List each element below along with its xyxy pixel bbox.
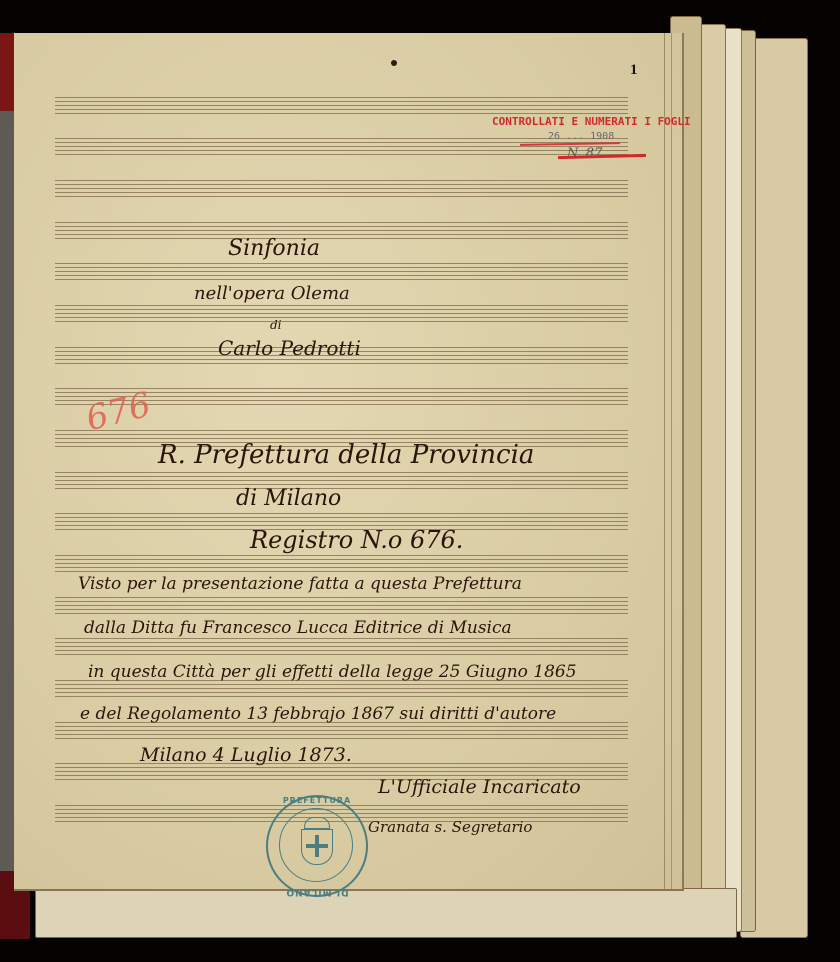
staff bbox=[55, 263, 628, 280]
page-number: 1 bbox=[630, 62, 638, 79]
staff bbox=[55, 138, 628, 155]
registration-body-line: Visto per la presentazione fatta a quest… bbox=[78, 574, 522, 594]
seal-bottom-text: DI MILANO bbox=[268, 887, 366, 897]
savoy-cross-shield-icon bbox=[301, 829, 333, 865]
archive-stamp-date: 26 ... 1908 bbox=[548, 131, 614, 142]
signature-title: L'Ufficiale Incaricato bbox=[378, 776, 581, 798]
signature: Granata s. Segretario bbox=[368, 818, 532, 836]
staff bbox=[55, 472, 628, 489]
crown-icon bbox=[304, 817, 330, 829]
staff bbox=[55, 555, 628, 572]
staff bbox=[55, 97, 628, 114]
staff bbox=[55, 305, 628, 322]
title-di: di bbox=[270, 318, 282, 332]
registration-date: Milano 4 Luglio 1873. bbox=[140, 744, 352, 766]
seal-top-text: PREFETTURA bbox=[268, 796, 366, 805]
registration-number: Registro N.o 676. bbox=[250, 526, 463, 554]
staff bbox=[55, 222, 628, 239]
registration-body-line: in questa Città per gli effetti della le… bbox=[88, 662, 577, 682]
page-edge bbox=[664, 33, 672, 889]
binding-grey-board bbox=[0, 111, 14, 871]
staff bbox=[55, 180, 628, 197]
title-opera: nell'opera Olema bbox=[194, 283, 350, 304]
archive-stamp-text: CONTROLLATI E NUMERATI I FOGLI bbox=[492, 115, 691, 128]
prefecture-seal: PREFETTURA DI MILANO bbox=[266, 795, 368, 897]
staff bbox=[55, 638, 628, 655]
bottom-leaf bbox=[35, 888, 737, 938]
staff bbox=[55, 680, 628, 697]
staff bbox=[55, 722, 628, 739]
ink-spot bbox=[391, 60, 397, 66]
title-composer: Carlo Pedrotti bbox=[218, 336, 361, 360]
registration-body-line: dalla Ditta fu Francesco Lucca Editrice … bbox=[84, 618, 512, 638]
registration-body-line: e del Regolamento 13 febbrajo 1867 sui d… bbox=[80, 704, 556, 724]
binding-red-cover-top bbox=[0, 33, 14, 111]
title-sinfonia: Sinfonia bbox=[228, 236, 320, 261]
registration-heading: R. Prefettura della Provincia bbox=[158, 440, 534, 470]
registration-heading-city: di Milano bbox=[236, 486, 341, 511]
staff bbox=[55, 597, 628, 614]
